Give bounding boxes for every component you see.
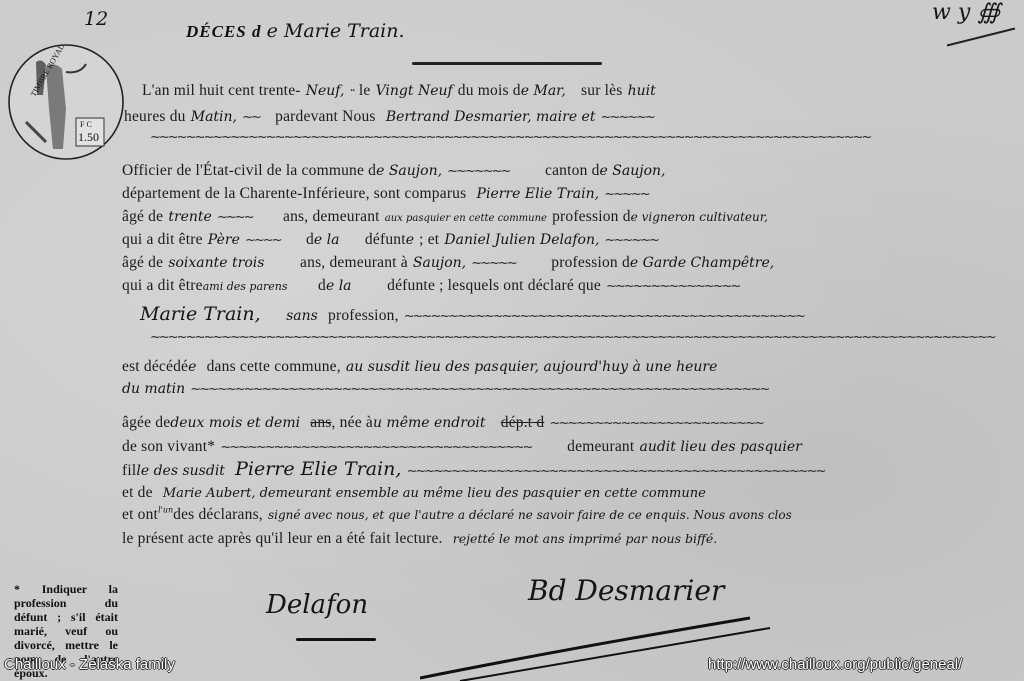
filler-squiggle: ~~~~~~~~~~~~~~~~~~~~~~~~~~~~~~~~~~~~~~~~… (404, 309, 804, 324)
line-lifetime: de son vivant* ~~~~~~~~~~~~~~~~~~~~~~~~~… (122, 436, 802, 456)
printed-text: du mois d (458, 82, 521, 99)
corner-paraph: w y ∰ (932, 0, 1001, 25)
handwritten-text: e Mar, (521, 83, 566, 99)
watermark-url: http://www.chailloux.org/public/geneal/ (708, 656, 962, 673)
filler-squiggle: ~~~~~~ (601, 110, 654, 125)
line-death-time: du matin ~~~~~~~~~~~~~~~~~~~~~~~~~~~~~~~… (122, 378, 768, 397)
handwritten-text: Père (208, 232, 240, 248)
filler-squiggle: ~~~~~~~~~~~~~~~~~~~~~~~~~~~~~~~~~~~~~~~~… (190, 382, 768, 397)
printed-text: dans cette commune, (207, 358, 341, 375)
printed-text: qui a dit être (122, 231, 203, 248)
title-rule (412, 62, 602, 65)
line-declarant2-age: âgé de soixante trois ans, demeurant à S… (122, 252, 774, 272)
handwritten-text: e (188, 359, 196, 375)
printed-text: département de la Charente-Inférieure, s… (122, 185, 466, 202)
printed-text: et de (122, 484, 153, 501)
printed-text: demeurant (567, 438, 634, 455)
handwritten-text: aux pasquier en cette commune (385, 213, 547, 224)
filler-squiggle: ~~~~~~~~~~~~~~~~~~~~~~~~~~~~~~~~~~~~~~~~… (150, 130, 870, 145)
title-handwritten: e Marie Train. (267, 20, 405, 42)
handwritten-text: au susdit lieu des pasquier, aujourd'huy… (346, 359, 718, 375)
line-declarant2-relation: qui a dit êtreami des parens de la défun… (122, 275, 739, 295)
struck-printed-text: dép.t d (501, 414, 545, 431)
handwritten-text: Daniel Julien Delafon, (444, 232, 599, 248)
line-signatures-note: et ontl'undes déclarans, signé avec nous… (122, 504, 792, 524)
filler-squiggle: ~~~~~~~~~~~~~~~~~~~~~~~~ (549, 416, 762, 431)
handwritten-text: Vingt Neuf (376, 83, 453, 99)
filler-squiggle: ~~~~~~~~~~~~~~~~~~~~~~~~~~~~~~~~~~~~~~~~… (406, 464, 824, 479)
document-title: DÉCES d e Marie Train. (186, 20, 405, 42)
printed-text: est décédé (122, 358, 188, 375)
printed-text: profession, (328, 307, 399, 324)
printed-text: qui a dit être (122, 277, 203, 294)
handwritten-text: e la (314, 232, 340, 248)
handwritten-text: soixante trois (168, 255, 264, 271)
handwritten-text: Pierre Elie Train, (477, 186, 600, 202)
handwritten-text: Matin, (191, 109, 237, 125)
printed-text: ans, demeurant (283, 208, 380, 225)
handwritten-text: deux mois et demi (170, 415, 300, 431)
printed-text: d (318, 277, 326, 294)
handwritten-text: Bertrand Desmarier, maire et (386, 109, 596, 125)
corner-paraph-stroke (947, 28, 1015, 47)
filler-squiggle: ~~~~ (245, 233, 281, 248)
printed-text: ; et (419, 231, 439, 248)
printed-text: sur lès (581, 82, 622, 99)
line-declarant1-age: âgé de trente ~~~~ ans, demeurant aux pa… (122, 206, 768, 226)
stamp-denomination-label: F C (80, 120, 92, 129)
handwritten-text: e vigneron cultivateur, (631, 210, 768, 224)
handwritten-text: Saujon, (413, 255, 466, 271)
printed-text: profession d (551, 254, 630, 271)
handwritten-text: ami des parens (203, 280, 288, 293)
line-declarant1-relation: qui a dit être Père ~~~~ de la défunte ;… (122, 229, 658, 249)
printed-text: des déclarans, (173, 506, 263, 523)
handwritten-text: audit lieu des pasquier (639, 439, 801, 455)
watermark-family: Chailloux - Zelaska family (4, 656, 175, 673)
filler-squiggle: ~~~~~ (471, 256, 515, 271)
handwritten-text: rejetté le mot ans imprimé par nous biff… (453, 531, 717, 546)
handwritten-text: sans (286, 308, 318, 324)
printed-text: et ont (122, 506, 158, 523)
handwritten-text: e Garde Champêtre, (630, 255, 774, 271)
printed-text: , née à (332, 414, 373, 431)
printed-text: ans, demeurant à (300, 254, 408, 271)
handwritten-text: e Saujon, (376, 163, 442, 179)
handwritten-text: huit (628, 83, 656, 99)
filler-squiggle: ~~~~~~~~~~~~~~~~~~~~~~~~~~~~~~~~~~~ (220, 440, 531, 455)
handwritten-text: le des susdit (136, 463, 225, 479)
handwritten-text: u même endroit (373, 415, 486, 431)
handwritten-text: signé avec nous, et que l'autre a déclar… (268, 508, 792, 522)
line-closing: le présent acte après qu'il leur en a ét… (122, 528, 717, 548)
printed-text: Officier de l'État-civil de la commune d (122, 162, 376, 179)
filler-squiggle: ~~~~~~~~~~~~~~~~~~~~~~~~~~~~~~~~~~~~~~~~… (150, 330, 995, 345)
page-number: 12 (84, 8, 108, 30)
printed-text: fil (122, 462, 136, 479)
line-deceased-age: âgée dedeux mois et demi ans, née àu mêm… (122, 412, 763, 432)
mother-name-and-residence: Marie Aubert, demeurant ensemble au même… (163, 486, 706, 501)
signature-mayor: Bd Desmarier (528, 574, 724, 607)
line-commune: Officier de l'État-civil de la commune d… (122, 160, 665, 180)
handwritten-text: trente (168, 209, 212, 225)
printed-text: profession d (552, 208, 631, 225)
printed-text: le présent acte après qu'il leur en a ét… (122, 530, 443, 547)
filler-squiggle: ~~~~~ (604, 187, 648, 202)
printed-text: canton d (545, 162, 600, 179)
printed-text: heures du (124, 108, 186, 125)
line-deceased-name: Marie Train, sans profession, ~~~~~~~~~~… (140, 303, 804, 325)
filler-squiggle: ~~~~~~ (605, 233, 658, 248)
handwritten-text: e la (326, 278, 352, 294)
printed-text: défunt (365, 231, 406, 248)
struck-printed-text: ans (310, 414, 331, 431)
line-department: département de la Charente-Inférieure, s… (122, 183, 649, 203)
printed-text: âgé de (122, 254, 163, 271)
father-name: Pierre Elie Train, (235, 458, 401, 480)
filler-squiggle: ~~~~~~~ (447, 164, 509, 179)
deceased-name: Marie Train, (140, 303, 261, 325)
filler-squiggle: ~~ (242, 110, 260, 125)
printed-text: le (359, 82, 371, 99)
signature-witness-underline (296, 638, 376, 641)
filler-squiggle: ~~~~ (217, 210, 253, 225)
printed-text: pardevant Nous (275, 108, 376, 125)
printed-text: âgée de (122, 414, 170, 431)
printed-text: défunte ; lesquels ont déclaré que (387, 277, 601, 294)
filler-squiggle: ~~~~~~~~~~~~~~~ (606, 279, 739, 294)
printed-text: de son vivant* (122, 438, 215, 455)
handwritten-text: du matin (122, 381, 185, 397)
title-printed: DÉCES d (186, 22, 262, 41)
printed-text: L'an mil huit cent trente- (142, 82, 301, 99)
line-father: fille des susdit Pierre Elie Train, ~~~~… (122, 458, 824, 480)
handwritten-text: e Saujon, (600, 163, 666, 179)
filler-squiggle: ·· (350, 84, 354, 99)
line-death-place: est décédée dans cette commune, au susdi… (122, 356, 717, 376)
printed-text: âgé de (122, 208, 163, 225)
stamp-seal-icon (6, 42, 126, 162)
signature-witness: Delafon (266, 590, 368, 620)
stamp-value: 1.50 (78, 130, 99, 145)
line-hour-officer: heures du Matin, ~~ pardevant Nous Bertr… (124, 106, 654, 126)
handwritten-text: Neuf, (306, 83, 345, 99)
printed-text: d (306, 231, 314, 248)
royal-stamp: TIMBRE ROYAL F C 1.50 (6, 42, 126, 162)
line-year-date: L'an mil huit cent trente- Neuf, ·· le V… (142, 80, 656, 100)
handwritten-text: e (406, 232, 414, 248)
line-mother: et de Marie Aubert, demeurant ensemble a… (122, 482, 706, 502)
handwritten-superscript: l'un (158, 506, 173, 515)
